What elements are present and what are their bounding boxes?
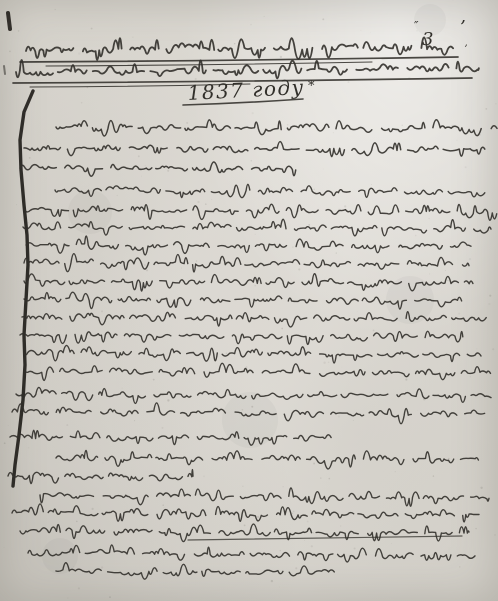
paper-speck — [8, 425, 9, 426]
paper-speck — [226, 353, 228, 355]
corner-dash — [8, 13, 10, 29]
paper-speck — [211, 199, 212, 200]
paper-speck — [264, 16, 265, 17]
paper-speck — [81, 393, 82, 394]
paper-speck — [91, 508, 93, 510]
body-script-line — [55, 184, 485, 197]
paper-speck — [287, 124, 288, 125]
paper-speck — [134, 420, 135, 421]
paper-speck — [117, 195, 118, 196]
body-script-line — [24, 345, 481, 363]
body-script-line — [24, 363, 490, 380]
title-script-line — [26, 37, 453, 59]
paper-speck — [353, 420, 354, 421]
paper-speck — [196, 260, 197, 261]
paper-speck — [344, 205, 346, 207]
paper-speck — [141, 176, 142, 177]
paper-speck — [190, 196, 191, 197]
paper-speck — [132, 37, 133, 38]
paper-speck — [255, 234, 256, 235]
paper-speck — [371, 184, 372, 185]
paper-speck — [29, 157, 31, 159]
corner-tick — [4, 66, 5, 74]
paper-speck — [144, 264, 146, 266]
paper-speck — [292, 513, 293, 514]
paper-speck — [280, 56, 282, 58]
paper-speck — [415, 235, 417, 237]
paper-speck — [4, 442, 6, 444]
margin-marks — [4, 13, 33, 486]
paper-speck — [485, 108, 487, 110]
paper-speck — [433, 475, 434, 476]
paper-speck — [459, 566, 460, 567]
paper-speck — [304, 540, 305, 541]
paper-speck — [280, 550, 281, 551]
paper-speck — [348, 81, 350, 83]
footnote-mark: * — [308, 79, 315, 94]
paper-speck — [243, 355, 244, 356]
paper-speck — [55, 9, 56, 10]
paper-speck — [369, 392, 370, 393]
paper-speck — [271, 580, 273, 582]
paper-speck — [395, 471, 396, 472]
paper-speck — [250, 24, 252, 26]
body-script-line — [26, 236, 471, 255]
paper-speck — [262, 106, 263, 107]
body-script-line — [24, 254, 469, 272]
body-script-line — [8, 470, 193, 484]
paper-speck — [320, 477, 321, 478]
paper-speck — [417, 410, 418, 411]
paper-speck — [281, 328, 283, 330]
paper-speck — [293, 511, 295, 513]
paper-speck — [186, 122, 188, 124]
paper-speck — [78, 587, 80, 589]
paper-speck — [167, 170, 169, 172]
paper-speck — [234, 43, 236, 45]
paper-speck — [251, 160, 253, 162]
paper-speck — [494, 534, 495, 535]
body-script-line — [56, 563, 334, 579]
paper-speck — [242, 486, 243, 487]
paper-speck — [254, 285, 255, 286]
paper-speck — [480, 487, 482, 489]
paper-speck — [252, 112, 254, 114]
paper-speck — [102, 462, 103, 463]
paper-speck — [205, 203, 207, 205]
paper-speck — [322, 18, 324, 20]
paper-speck — [162, 427, 164, 429]
paper-speck — [447, 280, 448, 281]
paper-speck — [323, 362, 325, 364]
paper-speck — [122, 388, 123, 389]
paper-speck — [448, 458, 450, 460]
paper-speck — [370, 32, 371, 33]
paper-speck — [360, 30, 361, 31]
body-script-line — [20, 162, 296, 176]
paper-speck — [326, 150, 327, 151]
paper-speck — [342, 367, 343, 368]
paper-speck — [298, 268, 300, 270]
paper-speck — [336, 252, 337, 253]
paper-speck — [153, 379, 155, 381]
paper-speck — [109, 596, 111, 598]
body-script-line — [20, 331, 463, 344]
paper-speck — [470, 376, 471, 377]
paper-speck — [279, 587, 280, 588]
paper-speck — [307, 521, 309, 523]
paper-speck — [4, 547, 5, 548]
paper-speck — [181, 268, 182, 269]
paper-speck — [492, 348, 494, 350]
paper-speck — [28, 222, 29, 223]
paper-speck — [9, 51, 11, 53]
paper-speck — [18, 30, 20, 32]
paper-speck — [156, 75, 157, 76]
paper-speck — [76, 521, 78, 523]
paper-speck — [246, 366, 248, 368]
paper-speck — [338, 415, 340, 417]
paper-speck — [495, 103, 497, 105]
paper-speck — [313, 463, 315, 465]
manuscript-page: ″ 3 ’ ʼ 1837 году * — [0, 0, 498, 601]
body-script-line — [12, 504, 479, 522]
paper-speck — [469, 258, 471, 260]
paper-speck — [145, 165, 146, 166]
paper-speck — [81, 102, 83, 104]
paper-speck — [313, 532, 314, 533]
paper-speck — [328, 362, 330, 364]
paper-speck — [311, 545, 313, 547]
body-script-line — [56, 120, 497, 136]
paper-speck — [456, 140, 457, 141]
paper-speck — [138, 155, 140, 157]
paper-speck — [162, 504, 163, 505]
page-number: 3 — [422, 29, 433, 50]
paper-speck — [402, 125, 403, 126]
paper-speck — [373, 329, 375, 331]
paper-speck — [28, 447, 30, 449]
ditto-mark: ″ — [414, 19, 419, 33]
paper-speck — [283, 486, 284, 487]
paper-speck — [101, 310, 103, 312]
paper-speck — [323, 169, 324, 170]
paper-speck — [146, 269, 148, 271]
paper-blotch — [42, 538, 78, 574]
paper-speck — [354, 547, 356, 549]
paper-speck — [78, 52, 80, 54]
paper-speck — [233, 453, 234, 454]
handwriting-layer: ″ 3 ’ ʼ 1837 году * — [0, 0, 498, 601]
paper-speck — [101, 566, 103, 568]
paper-speck — [329, 478, 331, 480]
corner-right-mark: ’ — [460, 17, 466, 38]
paper-speck — [429, 273, 430, 274]
paper-speck — [167, 399, 169, 401]
paper-speck — [295, 567, 297, 569]
paper-speck — [257, 516, 259, 518]
paper-speck — [67, 598, 68, 599]
paper-speck — [66, 424, 68, 426]
paper-speck — [91, 28, 93, 30]
paper-speck — [203, 475, 205, 477]
paper-speck — [476, 348, 477, 349]
paper-speck — [72, 164, 73, 165]
body-script-line — [28, 545, 475, 562]
body-script-line — [10, 430, 331, 445]
paper-speck — [314, 189, 315, 190]
body-script-line — [40, 488, 489, 506]
paper-speck — [489, 295, 491, 297]
corner-right-submark: ʼ — [464, 44, 467, 55]
paper-speck — [445, 270, 446, 271]
paper-speck — [488, 303, 490, 305]
paper-speck — [292, 246, 294, 248]
paper-speck — [308, 224, 310, 226]
paper-speck — [49, 376, 50, 377]
paper-speck — [164, 507, 165, 508]
paper-speck — [343, 552, 344, 553]
paper-speck — [465, 166, 467, 168]
paper-speck — [333, 132, 334, 133]
paper-speck — [458, 313, 460, 315]
paper-speck — [357, 311, 358, 312]
body-script-line — [56, 451, 478, 469]
separator-rule — [188, 536, 462, 540]
body-script-line — [24, 142, 485, 157]
paper-speck — [16, 204, 17, 205]
paper-speck — [405, 379, 407, 381]
paper-speck — [197, 201, 199, 203]
paper-speck — [244, 524, 246, 526]
title-script-line — [16, 60, 479, 78]
paper-speck — [391, 543, 392, 544]
underline-stroke — [46, 62, 372, 66]
paper-speck — [428, 218, 429, 219]
underline-stroke — [20, 57, 458, 62]
paper-speck — [340, 525, 341, 526]
paper-speck — [475, 528, 476, 529]
